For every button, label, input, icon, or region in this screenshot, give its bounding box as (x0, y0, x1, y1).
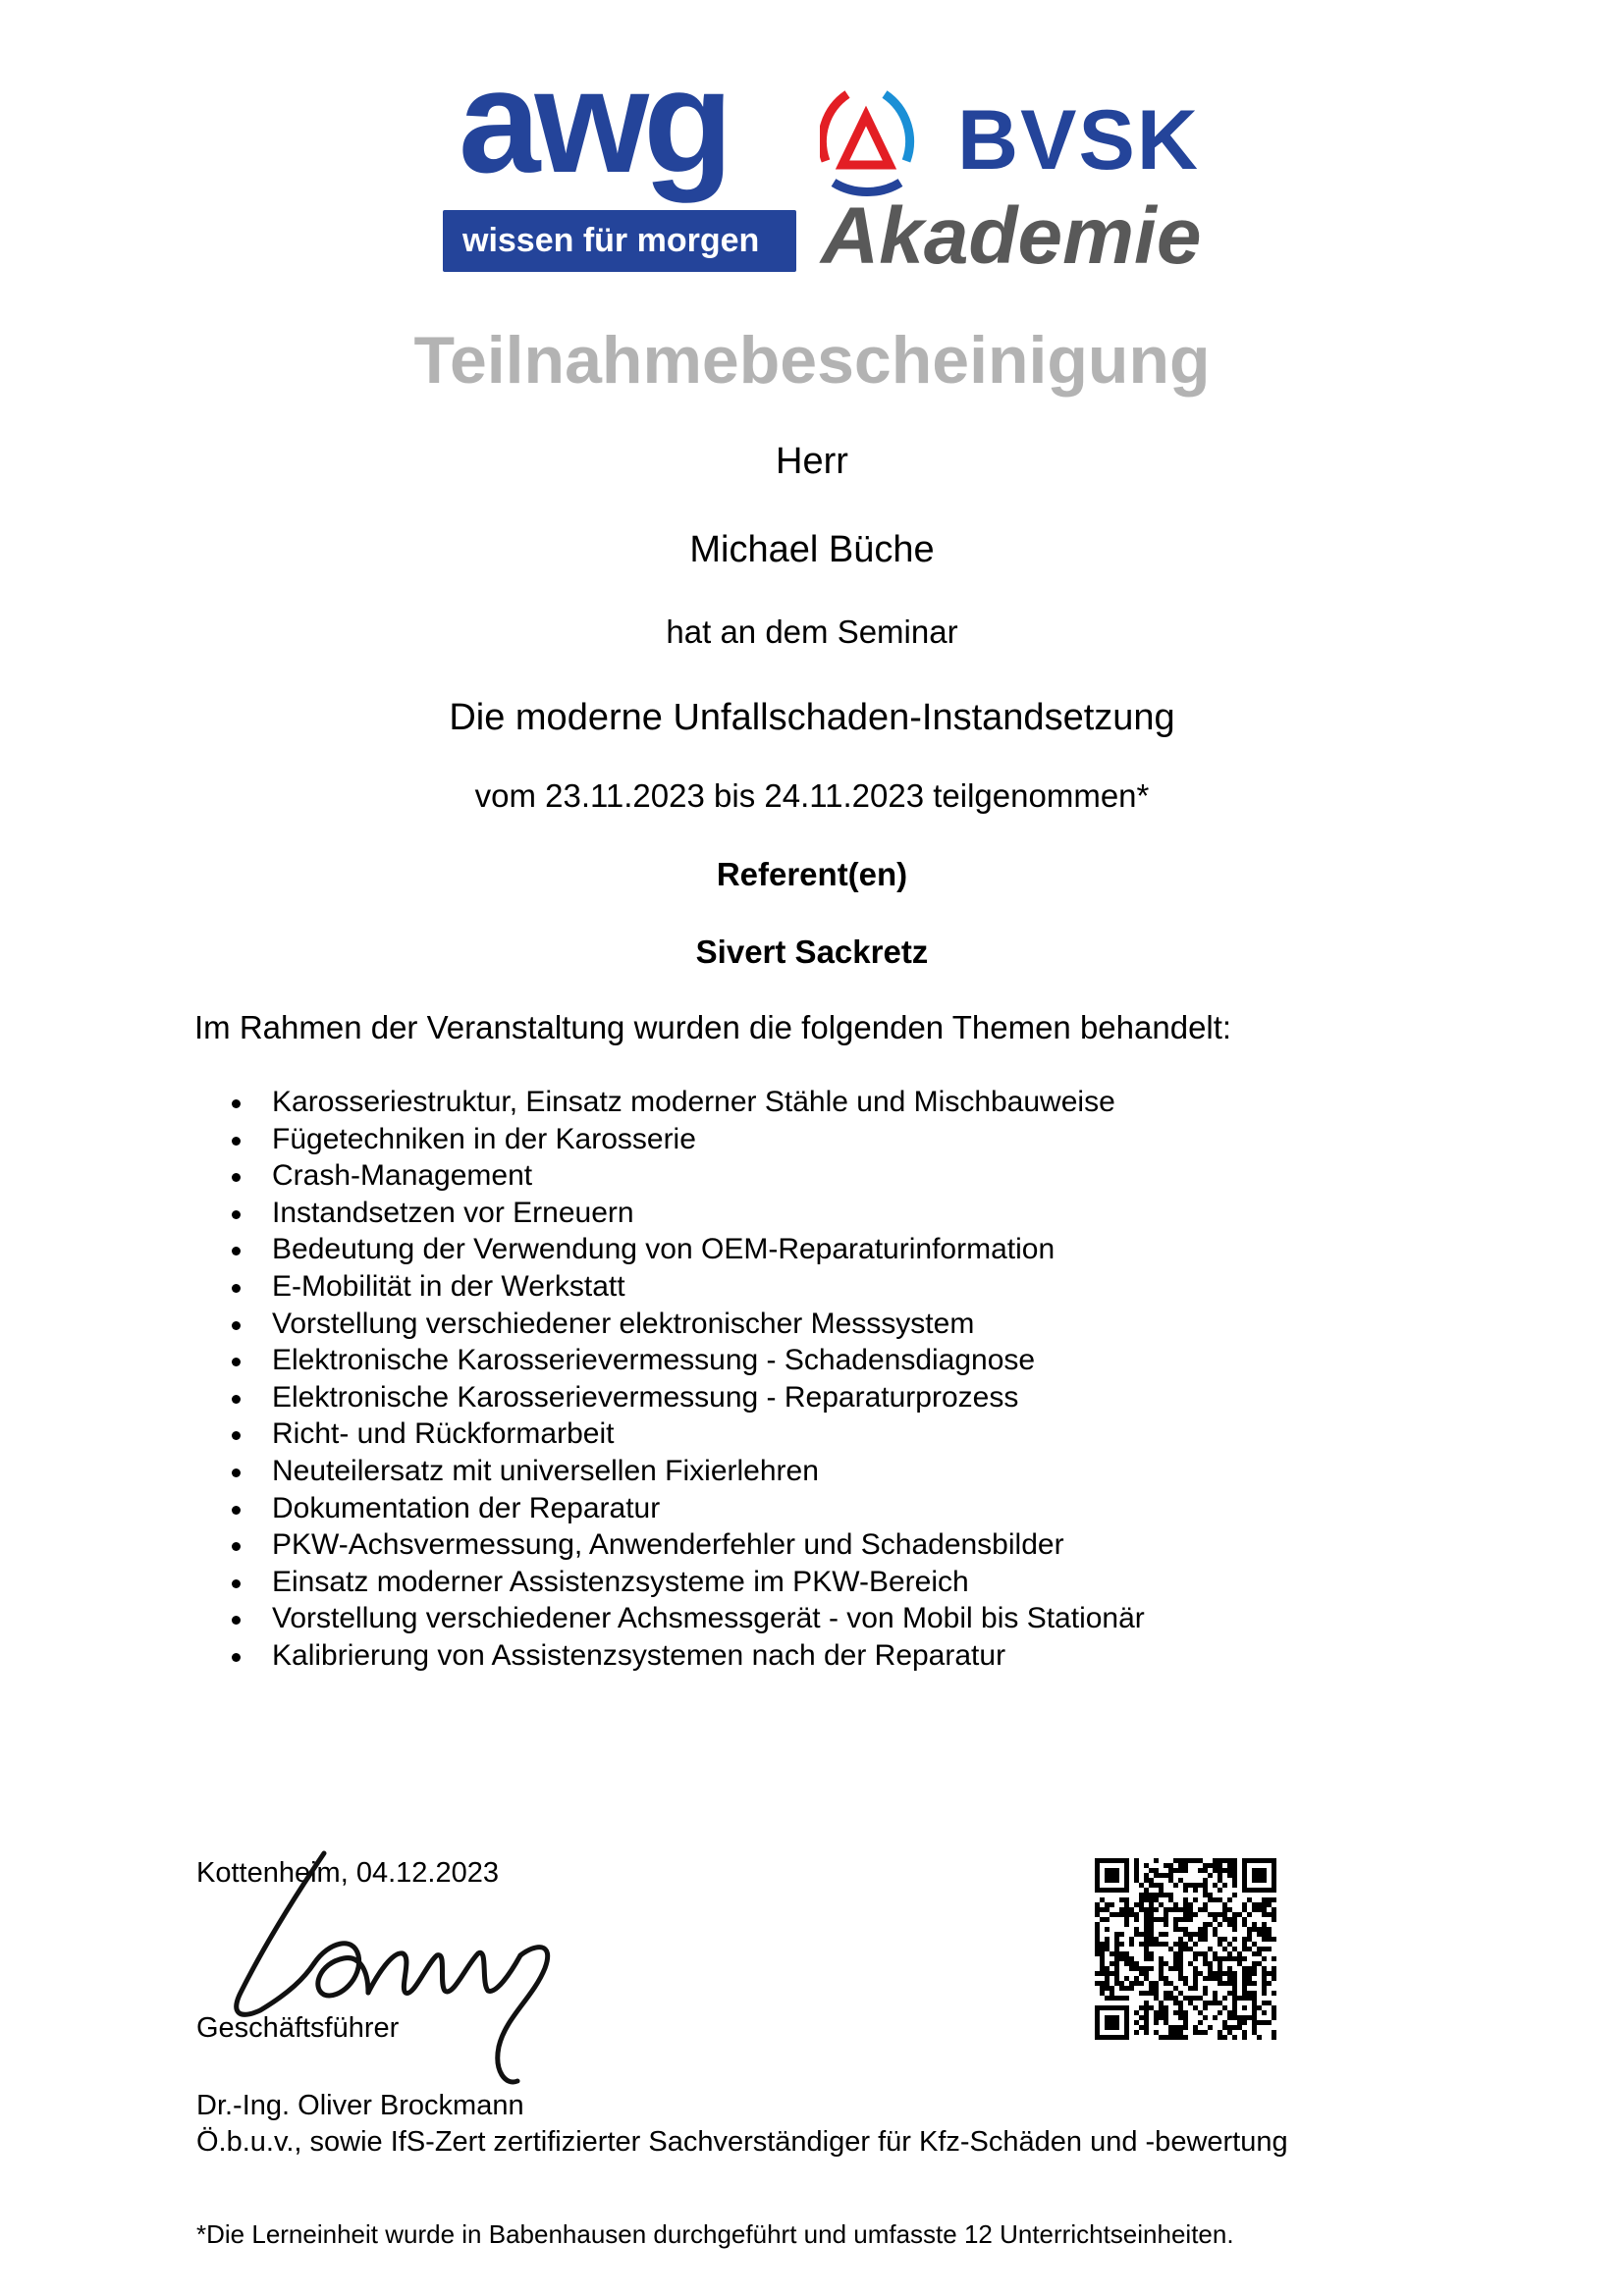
bullet-icon (232, 1431, 241, 1440)
bullet-icon (232, 1395, 241, 1404)
topic-item: Elektronische Karosserievermessung - Sch… (226, 1342, 1145, 1379)
topic-text: Elektronische Karosserievermessung - Rep… (272, 1381, 1018, 1414)
bullet-icon (232, 1616, 241, 1625)
footnote: *Die Lerneinheit wurde in Babenhausen du… (196, 2219, 1234, 2250)
seminar-name: Die moderne Unfallschaden-Instandsetzung (0, 697, 1624, 739)
bullet-icon (232, 1173, 241, 1182)
topic-item: Neuteilersatz mit universellen Fixierleh… (226, 1453, 1145, 1490)
referent-name: Sivert Sackretz (0, 934, 1624, 971)
topic-text: Richt- und Rückformarbeit (272, 1417, 614, 1450)
topic-item: Einsatz moderner Assistenzsysteme im PKW… (226, 1564, 1145, 1601)
topic-text: Kalibrierung von Assistenzsystemen nach … (272, 1639, 1005, 1672)
topics-intro: Im Rahmen der Veranstaltung wurden die f… (194, 1009, 1231, 1046)
bullet-icon (232, 1468, 241, 1477)
awg-logo-letters: awg (459, 47, 728, 194)
bvsk-emblem-icon (820, 88, 928, 196)
topic-item: Vorstellung verschiedener elektronischer… (226, 1306, 1145, 1343)
topic-text: Bedeutung der Verwendung von OEM-Reparat… (272, 1233, 1055, 1265)
bullet-icon (232, 1137, 241, 1146)
topic-item: Fügetechniken in der Karosserie (226, 1121, 1145, 1158)
topic-item: Karosseriestruktur, Einsatz moderner Stä… (226, 1084, 1145, 1121)
bullet-icon (232, 1506, 241, 1515)
bullet-icon (232, 1653, 241, 1662)
topic-item: Richt- und Rückformarbeit (226, 1415, 1145, 1453)
topic-item: Elektronische Karosserievermessung - Rep… (226, 1379, 1145, 1416)
topic-text: PKW-Achsvermessung, Anwenderfehler und S… (272, 1528, 1064, 1561)
topic-text: Einsatz moderner Assistenzsysteme im PKW… (272, 1566, 969, 1598)
topic-text: Vorstellung verschiedener elektronischer… (272, 1308, 974, 1340)
awg-logo-tagline: wissen für morgen (443, 210, 796, 272)
topic-text: E-Mobilität in der Werkstatt (272, 1270, 625, 1303)
certificate-title: Teilnahmebescheinigung (0, 322, 1624, 399)
topic-item: Dokumentation der Reparatur (226, 1490, 1145, 1527)
topic-text: Neuteilersatz mit universellen Fixierleh… (272, 1455, 819, 1487)
bullet-icon (232, 1284, 241, 1293)
seminar-intro: hat an dem Seminar (0, 614, 1624, 651)
signer-role: Geschäftsführer (196, 2012, 399, 2045)
topic-text: Vorstellung verschiedener Achsmessgerät … (272, 1602, 1145, 1634)
awg-logo: awg wissen für morgen (443, 84, 796, 271)
topic-text: Crash-Management (272, 1159, 532, 1192)
topic-item: PKW-Achsvermessung, Anwenderfehler und S… (226, 1526, 1145, 1564)
signer-name: Dr.-Ing. Oliver Brockmann (196, 2090, 524, 2122)
seminar-date-range: vom 23.11.2023 bis 24.11.2023 teilgenomm… (0, 777, 1624, 815)
qr-code-icon (1095, 1858, 1276, 2040)
bullet-icon (232, 1247, 241, 1255)
bullet-icon (232, 1210, 241, 1219)
topic-item: Kalibrierung von Assistenzsystemen nach … (226, 1637, 1145, 1675)
bvsk-akademie-text: Akademie (821, 196, 1201, 277)
topic-item: Instandsetzen vor Erneuern (226, 1195, 1145, 1232)
bullet-icon (232, 1358, 241, 1366)
topic-text: Karosseriestruktur, Einsatz moderner Stä… (272, 1086, 1115, 1118)
topic-item: Crash-Management (226, 1157, 1145, 1195)
salutation: Herr (0, 441, 1624, 483)
topic-text: Elektronische Karosserievermessung - Sch… (272, 1344, 1035, 1376)
referent-label: Referent(en) (0, 856, 1624, 893)
bullet-icon (232, 1099, 241, 1108)
topic-item: Vorstellung verschiedener Achsmessgerät … (226, 1600, 1145, 1637)
bvsk-logo-text: BVSK (957, 98, 1200, 183)
topic-item: E-Mobilität in der Werkstatt (226, 1268, 1145, 1306)
bullet-icon (232, 1579, 241, 1588)
signature-image (221, 1845, 604, 2091)
bullet-icon (232, 1542, 241, 1551)
topic-item: Bedeutung der Verwendung von OEM-Reparat… (226, 1231, 1145, 1268)
bullet-icon (232, 1321, 241, 1330)
signer-credentials: Ö.b.u.v., sowie IfS-Zert zertifizierter … (196, 2126, 1288, 2159)
topics-list: Karosseriestruktur, Einsatz moderner Stä… (226, 1084, 1145, 1675)
topic-text: Dokumentation der Reparatur (272, 1492, 660, 1524)
topic-text: Instandsetzen vor Erneuern (272, 1197, 634, 1229)
topic-text: Fügetechniken in der Karosserie (272, 1123, 696, 1155)
participant-name: Michael Büche (0, 529, 1624, 571)
